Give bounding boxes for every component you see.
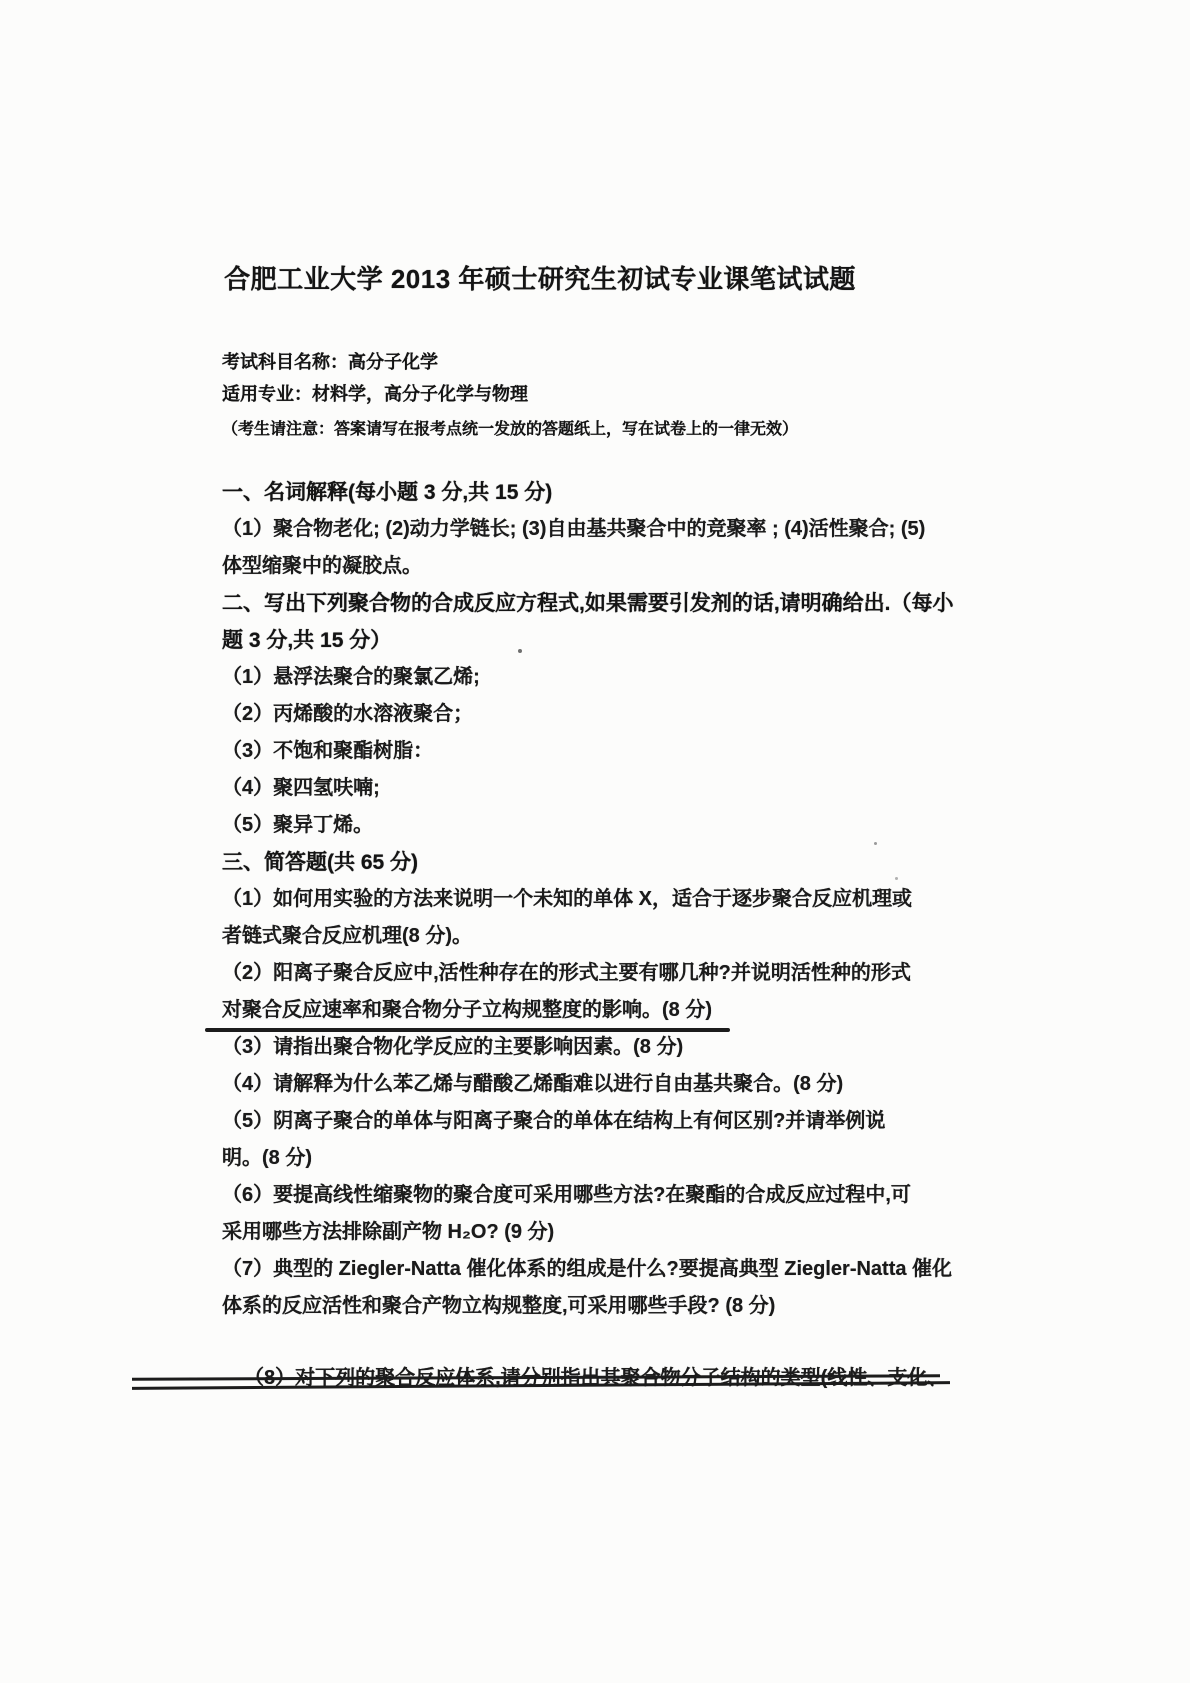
section3-heading: 三、简答题(共 65 分) [222,849,992,886]
section3-q1-line2: 者链式聚合反应机理(8 分)。 [222,923,992,960]
candidate-notice: （考生请注意：答案请写在报考点统一发放的答题纸上，写在试卷上的一律无效） [222,419,798,441]
exam-subject-line: 考试科目名称：高分子化学 [222,350,438,374]
section3-q4: （4）请解释为什么苯乙烯与醋酸乙烯酯难以进行自由基共聚合。(8 分) [222,1071,992,1108]
scan-speck [874,842,877,845]
section3-q5-line2: 明。(8 分) [222,1145,992,1182]
applicable-major-line: 适用专业：材料学，高分子化学与物理 [222,382,528,406]
scan-speck [895,877,898,880]
scan-speck [518,649,522,653]
exam-body: 一、名词解释(每小题 3 分,共 15 分)（1）聚合物老化; (2)动力学链长… [222,479,992,1402]
section1-terms-line2: 体型缩聚中的凝胶点。 [222,553,992,590]
scan-speck [797,601,800,604]
section2-item4: （4）聚四氢呋喃; [222,775,992,812]
section3-q7-line1: （7）典型的 Ziegler-Natta 催化体系的组成是什么?要提高典型 Zi… [222,1256,992,1293]
section2-heading-line1: 二、写出下列聚合物的合成反应方程式,如果需要引发剂的话,请明确给出.（每小 [222,590,992,627]
exam-paper-page: 合肥工业大学 2013 年硕士研究生初试专业课笔试试题 考试科目名称：高分子化学… [0,0,1190,1683]
section3-q8-struck: （8）对下列的聚合反应体系,请分别指出其聚合物分子结构的类型(线性、支化、 [222,1365,992,1402]
section2-heading-line2: 题 3 分,共 15 分） [222,627,992,664]
section3-q5-line1: （5）阴离子聚合的单体与阳离子聚合的单体在结构上有何区别?并请举例说 [222,1108,992,1145]
page-title: 合肥工业大学 2013 年硕士研究生初试专业课笔试试题 [150,262,930,296]
section3-q7-line2: 体系的反应活性和聚合产物立构规整度,可采用哪些手段? (8 分) [222,1293,992,1330]
section3-q3: （3）请指出聚合物化学反应的主要影响因素。(8 分) [222,1034,992,1071]
section2-item1: （1）悬浮法聚合的聚氯乙烯; [222,664,992,701]
section2-item3: （3）不饱和聚酯树脂： [222,738,992,775]
section2-item2: （2）丙烯酸的水溶液聚合； [222,701,992,738]
section3-q6-line2: 采用哪些方法排除副产物 H₂O? (9 分) [222,1219,992,1256]
section3-q2-line1: （2）阳离子聚合反应中,活性种存在的形式主要有哪几种?并说明活性种的形式 [222,960,992,997]
section3-q1-line1: （1）如何用实验的方法来说明一个未知的单体 X，适合于逐步聚合反应机理或 [222,886,992,923]
section1-terms-line1: （1）聚合物老化; (2)动力学链长; (3)自由基共聚合中的竞聚率 ; (4)… [222,516,992,553]
section1-heading: 一、名词解释(每小题 3 分,共 15 分) [222,479,992,516]
section3-q6-line1: （6）要提高线性缩聚物的聚合度可采用哪些方法?在聚酯的合成反应过程中,可 [222,1182,992,1219]
